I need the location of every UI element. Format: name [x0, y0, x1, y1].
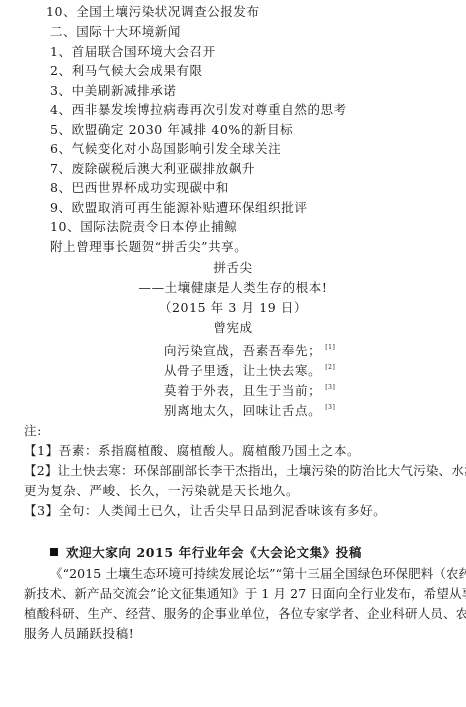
poem-line: 莫着于外表，且生于当前；[3]	[164, 380, 336, 399]
poem-title: 拼舌尖	[0, 260, 466, 276]
poem-intro: 附上曾理事长题贺“拼舌尖”共享。	[50, 239, 247, 255]
news-item: 10、国际法院责令日本停止捕鲸	[50, 219, 237, 235]
note-item: 【2】让土快去寒：环保部副部长李干杰指出，土壤污染的防治比大气污染、水污染	[24, 463, 466, 479]
news-item: 8、巴西世界杯成功实现碳中和	[50, 180, 229, 196]
poem-line: 从骨子里透，让土快去寒。[2]	[164, 360, 336, 379]
poem-author: 曾宪成	[0, 320, 466, 336]
note-item-continued: 更为复杂、严峻、长久，一污染就是天长地久。	[24, 483, 299, 499]
news-item: 1、首届联合国环境大会召开	[50, 44, 216, 60]
news-item: 5、欧盟确定 2030 年减排 40%的新目标	[50, 122, 293, 138]
poem-line: 别离地太久，回味让舌点。[3]	[164, 400, 336, 419]
section-heading-international: 二、国际十大环境新闻	[50, 24, 181, 40]
announcement-line: 新技术、新产品交流会”论文征集通知》于 1 月 27 日面向全行业发布，希望从事…	[24, 586, 466, 602]
poem-subtitle: ——土壤健康是人类生存的根本!	[0, 280, 466, 296]
announcement-heading: 欢迎大家向 2015 年行业年会《大会论文集》投稿	[50, 545, 362, 561]
announcement-line: 植酸科研、生产、经营、服务的企事业单位，各位专家学者、企业科研人员、农化	[24, 606, 466, 622]
domestic-news-item-10: 10、全国土壤污染状况调查公报发布	[46, 4, 260, 20]
notes-label: 注:	[24, 423, 42, 439]
poem-line-text: 别离地太久，回味让舌点。	[164, 403, 321, 418]
news-item: 2、利马气候大会成果有限	[50, 63, 203, 79]
poem-line-text: 莫着于外表，且生于当前；	[164, 383, 321, 398]
footnote-ref: [2]	[325, 364, 335, 371]
news-item: 6、气候变化对小岛国影响引发全球关注	[50, 141, 281, 157]
note-item: 【3】全句：人类闻土已久，让舌尖早日品到泥香味该有多好。	[24, 503, 386, 519]
announcement-heading-text: 欢迎大家向 2015 年行业年会《大会论文集》投稿	[66, 545, 362, 560]
poem-date: （2015 年 3 月 19 日）	[0, 300, 466, 316]
announcement-line: 服务人员踊跃投稿!	[24, 626, 134, 642]
news-item: 7、废除碳税后澳大利亚碳排放飙升	[50, 161, 255, 177]
news-item: 4、西非暴发埃博拉病毒再次引发对尊重自然的思考	[50, 102, 347, 118]
poem-line-text: 向污染宣战，吾素吾奉先；	[164, 343, 321, 358]
square-bullet-icon	[50, 548, 58, 556]
poem-line: 向污染宣战，吾素吾奉先；[1]	[164, 340, 336, 359]
footnote-ref: [1]	[325, 344, 335, 351]
news-item: 9、欧盟取消可再生能源补贴遭环保组织批评	[50, 200, 307, 216]
footnote-ref: [3]	[325, 384, 335, 391]
poem-line-text: 从骨子里透，让土快去寒。	[164, 363, 321, 378]
note-item: 【1】吾素：系指腐植酸、腐植酸人。腐植酸乃国土之本。	[24, 443, 360, 459]
footnote-ref: [3]	[325, 404, 335, 411]
news-item: 3、中美刷新减排承诺	[50, 83, 176, 99]
announcement-line: 《“2015 土壤生态环境可持续发展论坛”“第十三届全国绿色环保肥料（农药）	[50, 566, 466, 582]
